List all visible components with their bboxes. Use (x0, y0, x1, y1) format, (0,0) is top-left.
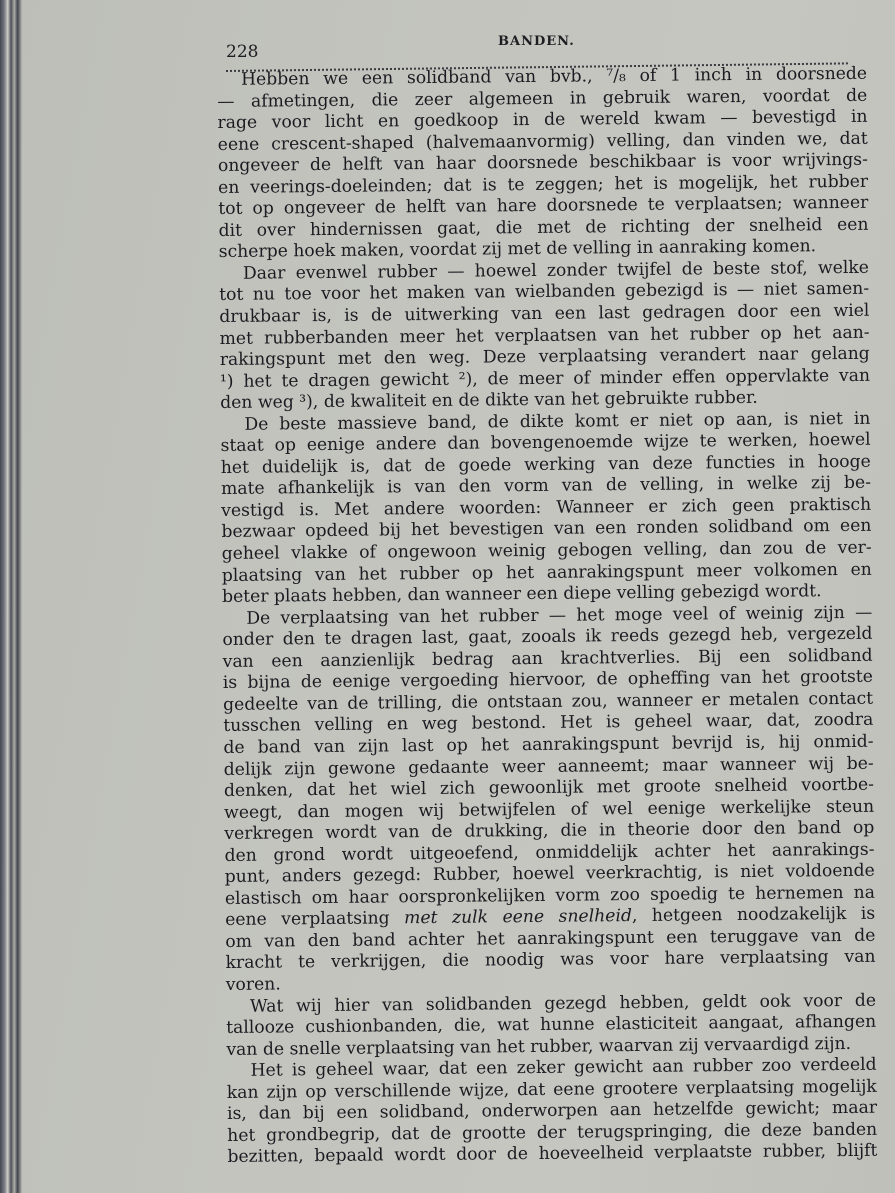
book-binding-edge (0, 0, 22, 1193)
paragraph: Wat wij hier van solidbanden gezegd hebb… (226, 990, 877, 1061)
paragraph: De beste massieve band, de dikte komt er… (220, 408, 872, 608)
running-title: BANDEN. (498, 34, 575, 49)
paragraph: Daar evenwel rubber — hoewel zonder twij… (219, 258, 870, 415)
paragraph: Hebben we een solidband van bvb., ⁷/₈ of… (217, 64, 869, 264)
body-text: Hebben we een solidband van bvb., ⁷/₈ of… (217, 64, 878, 1169)
page-number: 228 (226, 42, 258, 62)
book-page: 228 BANDEN. Hebben we een solidband van … (0, 0, 895, 1193)
paragraph: Het is geheel waar, dat een zeker gewich… (227, 1055, 878, 1169)
paragraph: De verplaatsing van het rubber — het mog… (222, 602, 876, 996)
